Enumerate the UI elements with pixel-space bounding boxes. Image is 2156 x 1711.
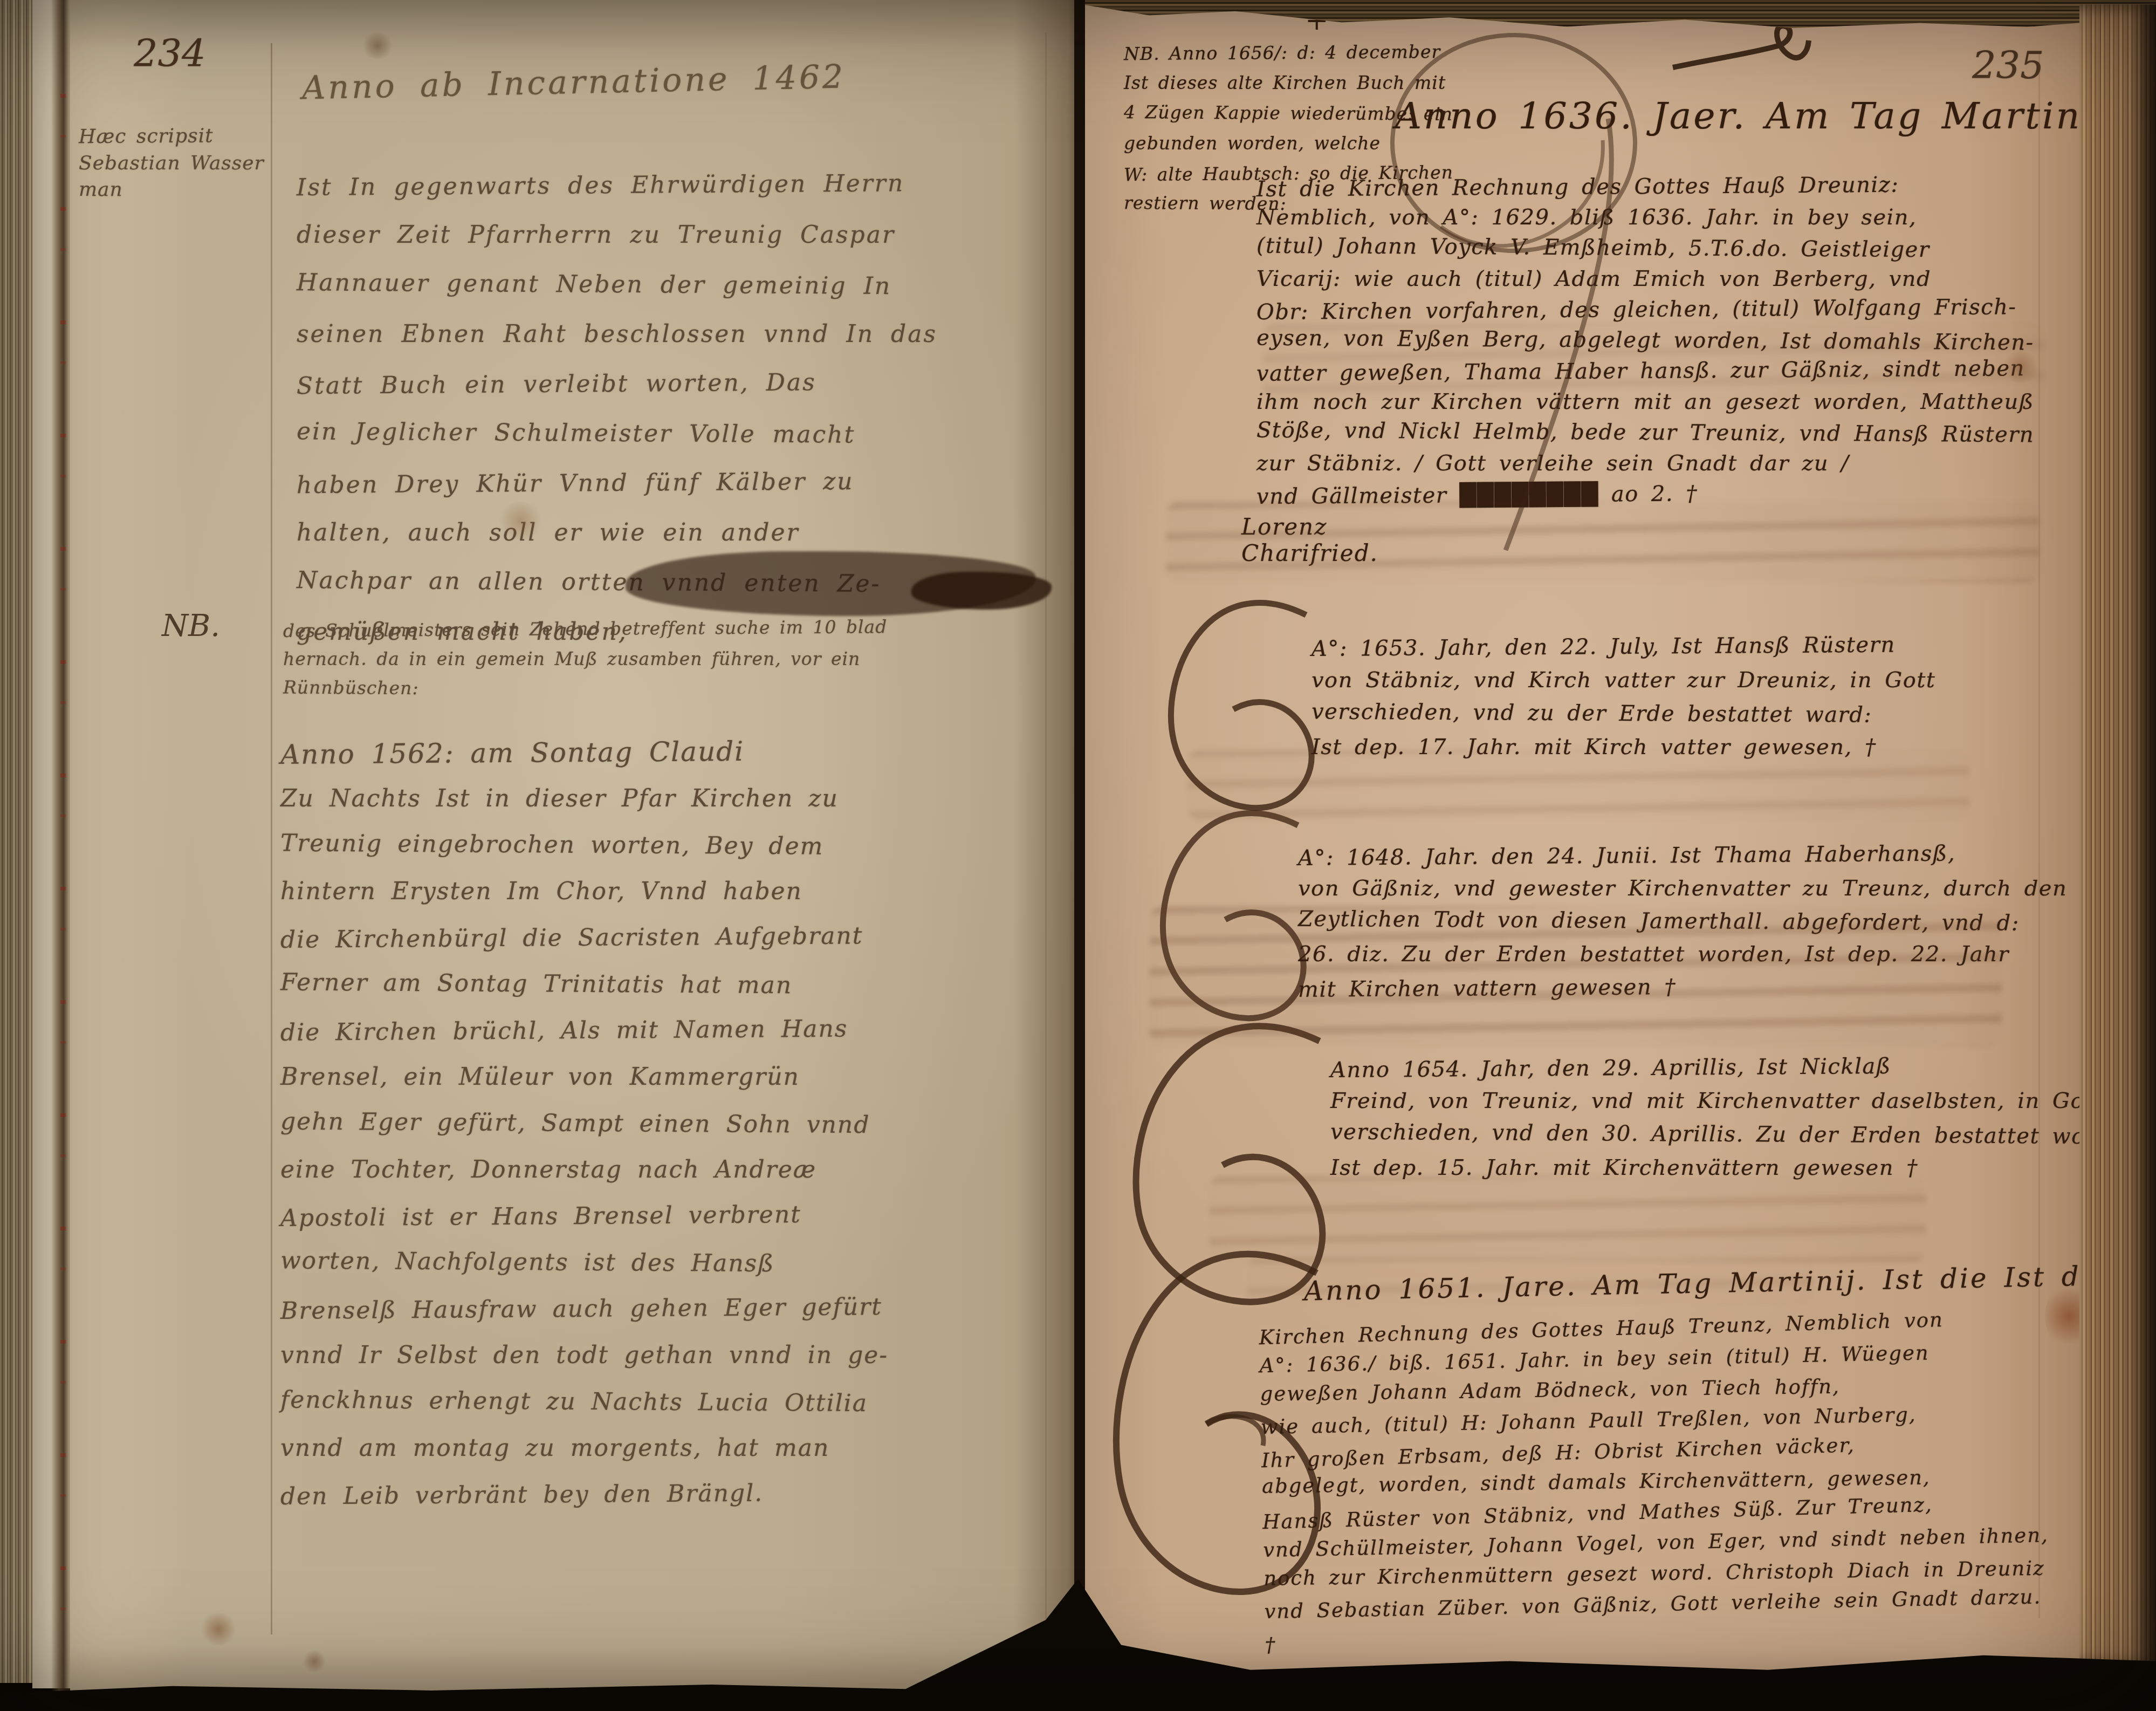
text-line: Vicarij: wie auch (titul) Adam Emich von… xyxy=(1256,264,2034,295)
text-line: Rünnbüschen: xyxy=(283,673,888,707)
text-line: 26. diz. Zu der Erden bestattet worden, … xyxy=(1298,938,2067,971)
paper-stain xyxy=(302,1651,327,1672)
text-line: ihm noch zur Kirchen vättern mit an gese… xyxy=(1256,387,2034,418)
text-line: Ist dep. 17. Jahr. mit Kirch vatter gewe… xyxy=(1312,730,1935,764)
text-line: Freind, von Treuniz, vnd mit Kirchenvatt… xyxy=(1330,1084,2119,1118)
page-number-right: 235 xyxy=(1972,43,2044,87)
text-line: NB. Anno 1656/: d: 4 december xyxy=(1124,37,1453,69)
text-line: Ist die Kirchen Rechnung des Gottes Hauß… xyxy=(1256,169,2035,205)
text-line: halten, auch soll er wie ein ander xyxy=(297,508,937,558)
text-line: Apostoli ist er Hans Brensel verbrent xyxy=(280,1191,889,1242)
entry-body: A°: 1653. Jahr, den 22. July, Ist Hansß … xyxy=(1312,630,1935,764)
text-line: seinen Ebnen Raht beschlossen vnnd In da… xyxy=(297,310,937,359)
entry-signature: Lorenz Charifried. xyxy=(1241,514,1378,566)
text-line: Zu Nachts Ist in dieser Pfar Kirchen zu xyxy=(280,776,888,822)
text-line: Anno 1562: am Sontag Claudi xyxy=(280,727,889,778)
text-line: eysen, von Eyßen Berg, abgelegt worden, … xyxy=(1256,323,2035,359)
text-line: Ist dieses alte Kirchen Buch mit xyxy=(1124,68,1453,98)
text-line: zur Stäbniz. / Gott verleihe sein Gnadt … xyxy=(1256,448,2034,479)
text-line: eine Tochter, Donnerstag nach Andreæ xyxy=(280,1147,888,1193)
text-line: Ferner am Sontag Trinitatis hat man xyxy=(280,960,889,1010)
scribe-margin-note: Hæc scripsitSebastian Wasserman xyxy=(79,123,264,204)
text-line: Brensel, ein Müleur von Kammergrün xyxy=(280,1054,888,1100)
red-edge-specks xyxy=(60,65,66,1629)
fore-edge xyxy=(2079,4,2156,1666)
text-line: vnnd Ir Selbst den todt gethan vnnd in g… xyxy=(280,1332,888,1379)
text-line: A°: 1653. Jahr, den 22. July, Ist Hansß … xyxy=(1312,628,1936,666)
text-line: Zeytlichen Todt von diesen Jamerthall. a… xyxy=(1298,903,2068,941)
text-line: vatter geweßen, Thama Haber hansß. zur G… xyxy=(1256,353,2035,389)
text-line: worten, Nachfolgents ist des Hansß xyxy=(280,1238,889,1288)
manuscript-scan: 234 Hæc scripsitSebastian Wasserman Anno… xyxy=(0,0,2156,1711)
text-line: vnnd am montag zu morgents, hat man xyxy=(280,1425,888,1472)
text-line: haben Drey Khür Vnnd fünf Kälber zu xyxy=(297,456,938,510)
text-line: von Gäßniz, vnd gewester Kirchenvatter z… xyxy=(1298,872,2067,905)
calligraphic-initial xyxy=(1109,1003,1341,1316)
ink-bleed xyxy=(1209,1176,1926,1262)
text-line: Sebastian Wasser xyxy=(79,150,264,177)
entry-body: A°: 1648. Jahr. den 24. Junii. Ist Thama… xyxy=(1298,839,2067,1004)
text-line: Ist In gegenwarts des Ehrwürdigen Herrn xyxy=(297,159,938,213)
left-page-heading: Anno ab Incarnatione 1462 xyxy=(301,58,846,107)
text-line: hintern Erysten Im Chor, Vnnd haben xyxy=(280,868,888,915)
text-line: Hæc scripsit xyxy=(79,122,264,150)
text-line: mit Kirchen vattern gewesen † xyxy=(1298,968,2068,1007)
paper-stain xyxy=(361,32,394,59)
nb-note: des Schuelmeisters sein Zehend betreffen… xyxy=(283,614,887,704)
right-page: 235 + NB. Anno 1656/: d: 4 decemberIst d… xyxy=(1085,0,2081,1711)
entry-heading: Anno 1651. Jare. Am Tag Martinij. Ist di… xyxy=(1303,1260,2110,1307)
text-line: (titul) Johann Voyck V. Emßheimb, 5.T.6.… xyxy=(1256,231,2035,266)
text-line: verschieden, vnd zu der Erde bestattet w… xyxy=(1312,695,1936,732)
margin-rule xyxy=(271,43,272,1634)
text-line: Stöße, vnd Nickl Helmb, bede zur Treuniz… xyxy=(1256,415,2035,451)
text-line: vnd Gällmeister ████████ ao 2. † xyxy=(1256,476,2035,512)
text-line: verschieden, vnd den 30. Aprillis. Zu de… xyxy=(1330,1115,2119,1154)
calligraphic-initial xyxy=(1136,793,1314,1025)
right-crease xyxy=(2038,54,2040,1618)
entry-body: Ist die Kirchen Rechnung des Gottes Hauß… xyxy=(1256,172,2034,510)
text-line: den Leib verbränt bey den Brängl. xyxy=(280,1469,889,1520)
text-line: von Stäbniz, vnd Kirch vatter zur Dreuni… xyxy=(1312,663,1935,697)
text-line: man xyxy=(79,176,264,204)
left-page-stack-edge xyxy=(0,0,33,1683)
paper-stain xyxy=(200,1613,237,1645)
text-line: Ist dep. 15. Jahr. mit Kirchenvättern ge… xyxy=(1330,1151,2119,1185)
text-line: Nemblich, von A°: 1629. bliß 1636. Jahr.… xyxy=(1256,202,2034,233)
text-line: fenckhnus erhengt zu Nachts Lucia Ottili… xyxy=(280,1377,889,1427)
page-number-left: 234 xyxy=(134,31,206,76)
text-line: Obr: Kirchen vorfahren, des gleichen, (t… xyxy=(1256,292,2035,328)
text-line: A°: 1648. Jahr. den 24. Junii. Ist Thama… xyxy=(1298,837,2068,875)
text-line: Hannauer genant Neben der gemeinig In xyxy=(297,258,938,311)
left-body-block2: Anno 1562: am Sontag ClaudiZu Nachts Ist… xyxy=(280,729,888,1518)
calligraphic-initial xyxy=(1144,583,1322,815)
text-line: Brenselß Hausfraw auch gehen Eger gefürt xyxy=(280,1284,889,1334)
text-line: Statt Buch ein verleibt worten, Das xyxy=(297,357,938,411)
text-line: ein Jeglicher Schulmeister Volle macht xyxy=(297,407,938,460)
text-line: die Kirchen brüchl, Als mit Namen Hans xyxy=(280,1005,889,1056)
text-line: Anno 1654. Jahr, den 29. Aprillis, Ist N… xyxy=(1330,1048,2119,1087)
entry-body: Kirchen Rechnung des Gottes Hauß Treunz,… xyxy=(1259,1304,2051,1658)
nb-label: NB. xyxy=(162,608,220,644)
entry-heading: Anno 1636. Jaer. Am Tag Martinij, xyxy=(1395,95,2123,138)
text-line: des Schuelmeisters sein Zehend betreffen… xyxy=(283,612,888,646)
text-line: hernach. da in ein gemein Muß zusamben f… xyxy=(283,644,887,674)
entry-body: Anno 1654. Jahr, den 29. Aprillis, Ist N… xyxy=(1330,1051,2119,1185)
left-page: 234 Hæc scripsitSebastian Wasserman Anno… xyxy=(70,0,1074,1711)
text-line: Treunig eingebrochen worten, Bey dem xyxy=(280,820,889,871)
text-line: die Kirchenbürgl die Sacristen Aufgebran… xyxy=(280,913,889,963)
text-line: dieser Zeit Pfarrherrn zu Treunig Caspar xyxy=(297,210,937,260)
text-line: gehn Eger gefürt, Sampt einen Sohn vnnd xyxy=(280,1099,889,1149)
